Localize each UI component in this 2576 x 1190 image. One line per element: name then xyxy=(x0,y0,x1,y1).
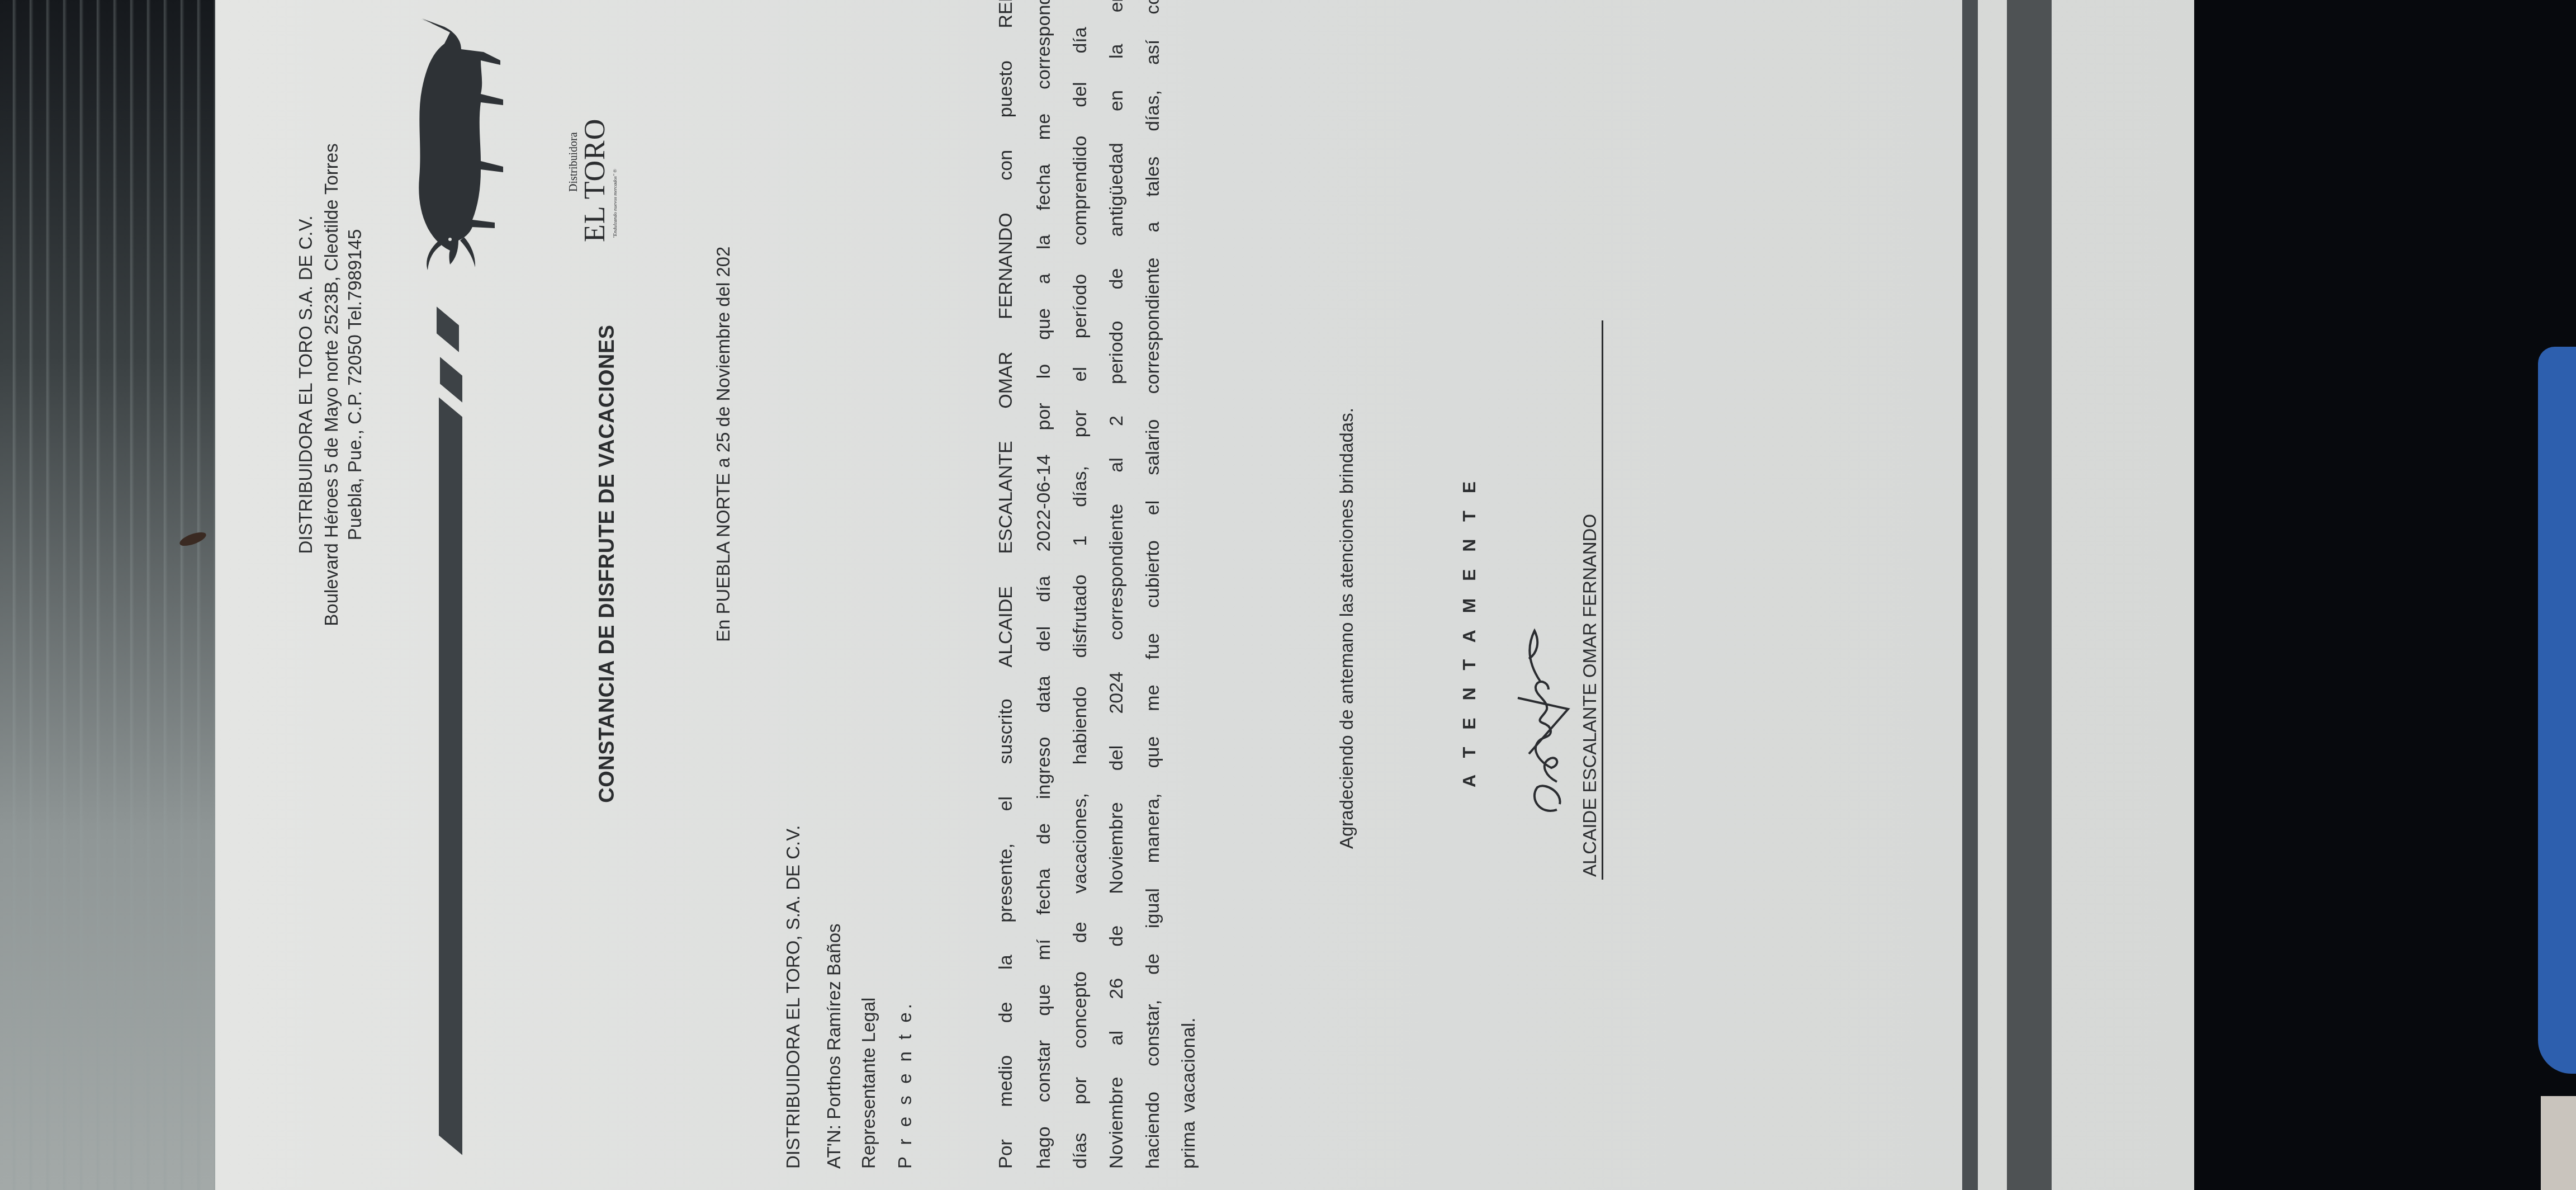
header-bar xyxy=(439,397,462,1155)
bull-icon xyxy=(366,16,523,273)
company-logo: Distribuidora EL TORO "Endulzando nuevos… xyxy=(383,16,539,273)
table-background xyxy=(0,0,218,1190)
letterhead-city: Puebla, Pue., C.P. 72050 Tel.7989145 xyxy=(343,133,367,636)
document-date: En PUEBLA NORTE a 25 de Noviembre del 20… xyxy=(713,247,734,642)
addressee-role: Representante Legal xyxy=(858,998,879,1169)
footer-bar-thin xyxy=(1962,0,1978,1190)
letterhead-company: DISTRIBUIDORA EL TORO S.A. DE C.V. xyxy=(293,133,318,636)
blue-object xyxy=(2538,347,2576,1074)
body-line: prima vacacional. xyxy=(1178,1017,1200,1169)
signature-underline xyxy=(1602,320,1603,880)
thanks-line: Agradeciendo de antemano las atenciones … xyxy=(1336,408,1357,849)
light-object xyxy=(2541,1096,2576,1190)
closing-atentamente: A T E N T A M E N T E xyxy=(1459,475,1480,787)
addressee-greeting: P r e s e n t e. xyxy=(894,1000,916,1169)
signer-name: ALCAIDE ESCALANTE OMAR FERNANDO xyxy=(1579,318,1600,877)
logo-tagline: "Endulzando nuevos mercados" ® xyxy=(612,169,618,238)
document-page: DISTRIBUIDORA EL TORO S.A. DE C.V. Boule… xyxy=(215,0,2197,1190)
header-bar-block xyxy=(440,357,462,403)
addressee-company: DISTRIBUIDORA EL TORO, S.A. DE C.V. xyxy=(783,825,804,1169)
header-bar-block xyxy=(437,306,459,352)
addressee-attention: AT'N: Porthos Ramírez Baños xyxy=(823,923,845,1169)
body-line: Noviembre al 26 de Noviembre del 2024 co… xyxy=(1106,0,1128,1169)
logo-brand: EL TORO xyxy=(579,119,612,242)
footer-bar-thick xyxy=(2007,0,2052,1190)
body-line: Por medio de la presente, el suscrito AL… xyxy=(995,0,1017,1169)
dark-device-edge xyxy=(2194,0,2576,1190)
letterhead-address: Boulevard Héroes 5 de Mayo norte 2523B, … xyxy=(319,133,344,636)
body-line: haciendo constar, de igual manera, que m… xyxy=(1142,0,1164,1169)
body-line: hago constar que mí fecha de ingreso dat… xyxy=(1033,0,1055,1169)
document-title: CONSTANCIA DE DISFRUTE DE VACACIONES xyxy=(595,284,619,843)
body-line: días por concepto de vacaciones, habiend… xyxy=(1069,0,1091,1169)
signature-icon xyxy=(1495,608,1579,821)
